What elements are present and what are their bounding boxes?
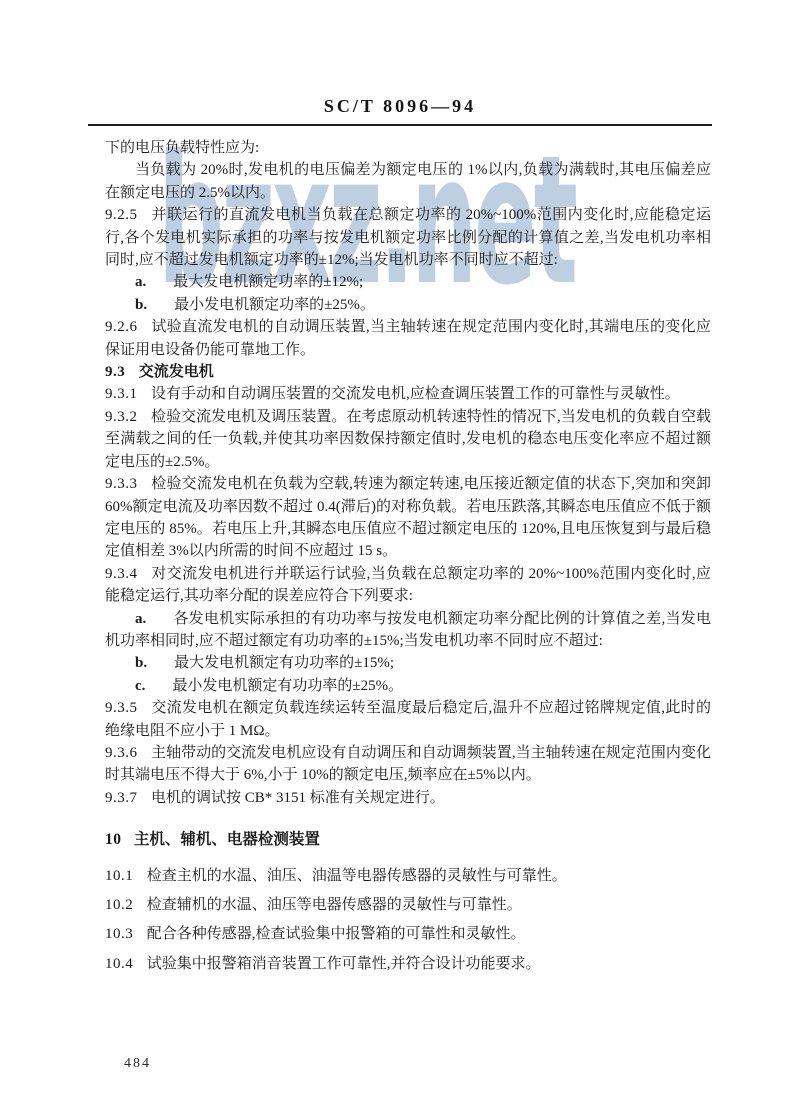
clause-number: 9.2.5 xyxy=(105,207,138,223)
item-label: c. xyxy=(135,678,145,694)
clause-number: 10.2 xyxy=(105,897,133,913)
continuation-paragraph: 下的电压负载特性应为: xyxy=(105,137,711,159)
paragraph-text: 下的电压负载特性应为: xyxy=(105,140,259,156)
clause-text: 配合各种传感器,检查试验集中报警箱的可靠性和灵敏性。 xyxy=(147,926,526,942)
item-label: b. xyxy=(135,655,147,671)
clause-10-4: 10.4试验集中报警箱消音装置工作可靠性,并符合设计功能要求。 xyxy=(105,953,711,975)
clause-number: 9.3.2 xyxy=(105,409,138,425)
list-item-b: b.最小发电机额定功率的±25%。 xyxy=(105,294,711,316)
clause-text: 检查辅机的水温、油压等电器传感器的灵敏性与可靠性。 xyxy=(147,897,522,913)
clause-number: 9.3.1 xyxy=(105,386,138,402)
subheading-9-3: 9.3交流发电机 xyxy=(105,361,711,383)
clause-number: 9.3.3 xyxy=(105,476,138,492)
clause-text: 试验直流发电机的自动调压装置,当主轴转速在规定范围内变化时,其端电压的变化应保证… xyxy=(105,319,711,357)
clause-number: 9.3.4 xyxy=(105,566,138,582)
clause-text: 检验交流发电机在负载为空载,转速为额定转速,电压接近额定值的状态下,突加和突卸 … xyxy=(105,476,711,559)
clause-text: 并联运行的直流发电机当负载在总额定功率的 20%~100%范围内变化时,应能稳定… xyxy=(105,207,711,268)
item-text: 最大发电机额定功率的±12%; xyxy=(173,274,363,290)
item-label: a. xyxy=(135,611,146,627)
clause-9-3-6: 9.3.6主轴带动的交流发电机应设有自动调压和自动调频装置,当主轴转速在规定范围… xyxy=(105,742,711,787)
item-text: 最小发电机额定功率的±25%。 xyxy=(174,297,375,313)
clause-text: 检查主机的水温、油压、油温等电器传感器的灵敏性与可靠性。 xyxy=(147,868,567,884)
item-label: b. xyxy=(135,297,147,313)
clause-number: 9.3.6 xyxy=(105,745,138,761)
section-10-heading: 10主机、辅机、电器检测装置 xyxy=(105,829,711,851)
clause-number: 9.2.6 xyxy=(105,319,138,335)
subheading-text: 交流发电机 xyxy=(139,364,214,380)
clause-text: 交流发电机在额定负载连续运转至温度最后稳定后,温升不应超过铭牌规定值,此时的绝缘… xyxy=(105,700,711,738)
clause-number: 9.3.5 xyxy=(105,700,138,716)
scanned-document-page: bzxz.net SC/T 8096—94 下的电压负载特性应为: 当负载为 2… xyxy=(0,0,800,1106)
clause-10-2: 10.2检查辅机的水温、油压等电器传感器的灵敏性与可靠性。 xyxy=(105,894,711,916)
clause-text: 检验交流发电机及调压装置。在考虑原动机转速特性的情况下,当发电机的负载自空载至满… xyxy=(105,409,711,470)
clause-number: 9.3.7 xyxy=(105,790,138,806)
list-item-c: c.最小发电机额定有功功率的±25%。 xyxy=(105,675,711,697)
clause-10-1: 10.1检查主机的水温、油压、油温等电器传感器的灵敏性与可靠性。 xyxy=(105,865,711,887)
clause-number: 9.3 xyxy=(105,364,125,380)
header-rule xyxy=(88,124,712,126)
page-number: 484 xyxy=(124,1056,151,1072)
clause-text: 对交流发电机进行并联运行试验,当负载在总额定功率的 20%~100%范围内变化时… xyxy=(105,566,711,604)
intro-paragraph: 当负载为 20%时,发电机的电压偏差为额定电压的 1%以内,负载为满载时,其电压… xyxy=(105,159,711,204)
clause-number: 10.3 xyxy=(105,926,133,942)
standard-code: SC/T 8096—94 xyxy=(0,0,800,117)
list-item-b: b.最大发电机额定有功功率的±15%; xyxy=(105,652,711,674)
clause-9-3-7: 9.3.7电机的调试按 CB* 3151 标准有关规定进行。 xyxy=(105,787,711,809)
list-item-a: a.最大发电机额定功率的±12%; xyxy=(105,271,711,293)
clause-number: 10.1 xyxy=(105,868,133,884)
clause-9-3-4: 9.3.4对交流发电机进行并联运行试验,当负载在总额定功率的 20%~100%范… xyxy=(105,563,711,608)
clause-9-3-3: 9.3.3检验交流发电机在负载为空载,转速为额定转速,电压接近额定值的状态下,突… xyxy=(105,473,711,563)
clause-9-3-2: 9.3.2检验交流发电机及调压装置。在考虑原动机转速特性的情况下,当发电机的负载… xyxy=(105,406,711,473)
clause-number: 10.4 xyxy=(105,956,133,972)
section-number: 10 xyxy=(105,831,122,848)
clause-text: 试验集中报警箱消音装置工作可靠性,并符合设计功能要求。 xyxy=(147,956,541,972)
item-label: a. xyxy=(135,274,146,290)
clause-9-2-5: 9.2.5并联运行的直流发电机当负载在总额定功率的 20%~100%范围内变化时… xyxy=(105,204,711,271)
clause-9-2-6: 9.2.6试验直流发电机的自动调压装置,当主轴转速在规定范围内变化时,其端电压的… xyxy=(105,316,711,361)
clause-text: 设有手动和自动调压装置的交流发电机,应检查调压装置工作的可靠性与灵敏性。 xyxy=(151,386,680,402)
item-text: 各发电机实际承担的有功功率与按发电机额定功率分配比例的计算值之差,当发电机功率相… xyxy=(105,611,711,649)
clause-text: 主轴带动的交流发电机应设有自动调压和自动调频装置,当主轴转速在规定范围内变化时其… xyxy=(105,745,711,783)
item-text: 最小发电机额定有功功率的±25%。 xyxy=(172,678,403,694)
clause-9-3-5: 9.3.5交流发电机在额定负载连续运转至温度最后稳定后,温升不应超过铭牌规定值,… xyxy=(105,697,711,742)
page-header: SC/T 8096—94 xyxy=(0,0,800,126)
clause-text: 电机的调试按 CB* 3151 标准有关规定进行。 xyxy=(151,790,445,806)
list-item-a: a.各发电机实际承担的有功功率与按发电机额定功率分配比例的计算值之差,当发电机功… xyxy=(105,608,711,653)
paragraph-text: 当负载为 20%时,发电机的电压偏差为额定电压的 1%以内,负载为满载时,其电压… xyxy=(105,162,711,200)
document-body: 下的电压负载特性应为: 当负载为 20%时,发电机的电压偏差为额定电压的 1%以… xyxy=(105,137,711,975)
item-text: 最大发电机额定有功功率的±15%; xyxy=(174,655,394,671)
clause-9-3-1: 9.3.1设有手动和自动调压装置的交流发电机,应检查调压装置工作的可靠性与灵敏性… xyxy=(105,383,711,405)
section-title: 主机、辅机、电器检测装置 xyxy=(134,831,320,848)
clause-10-3: 10.3配合各种传感器,检查试验集中报警箱的可靠性和灵敏性。 xyxy=(105,923,711,945)
